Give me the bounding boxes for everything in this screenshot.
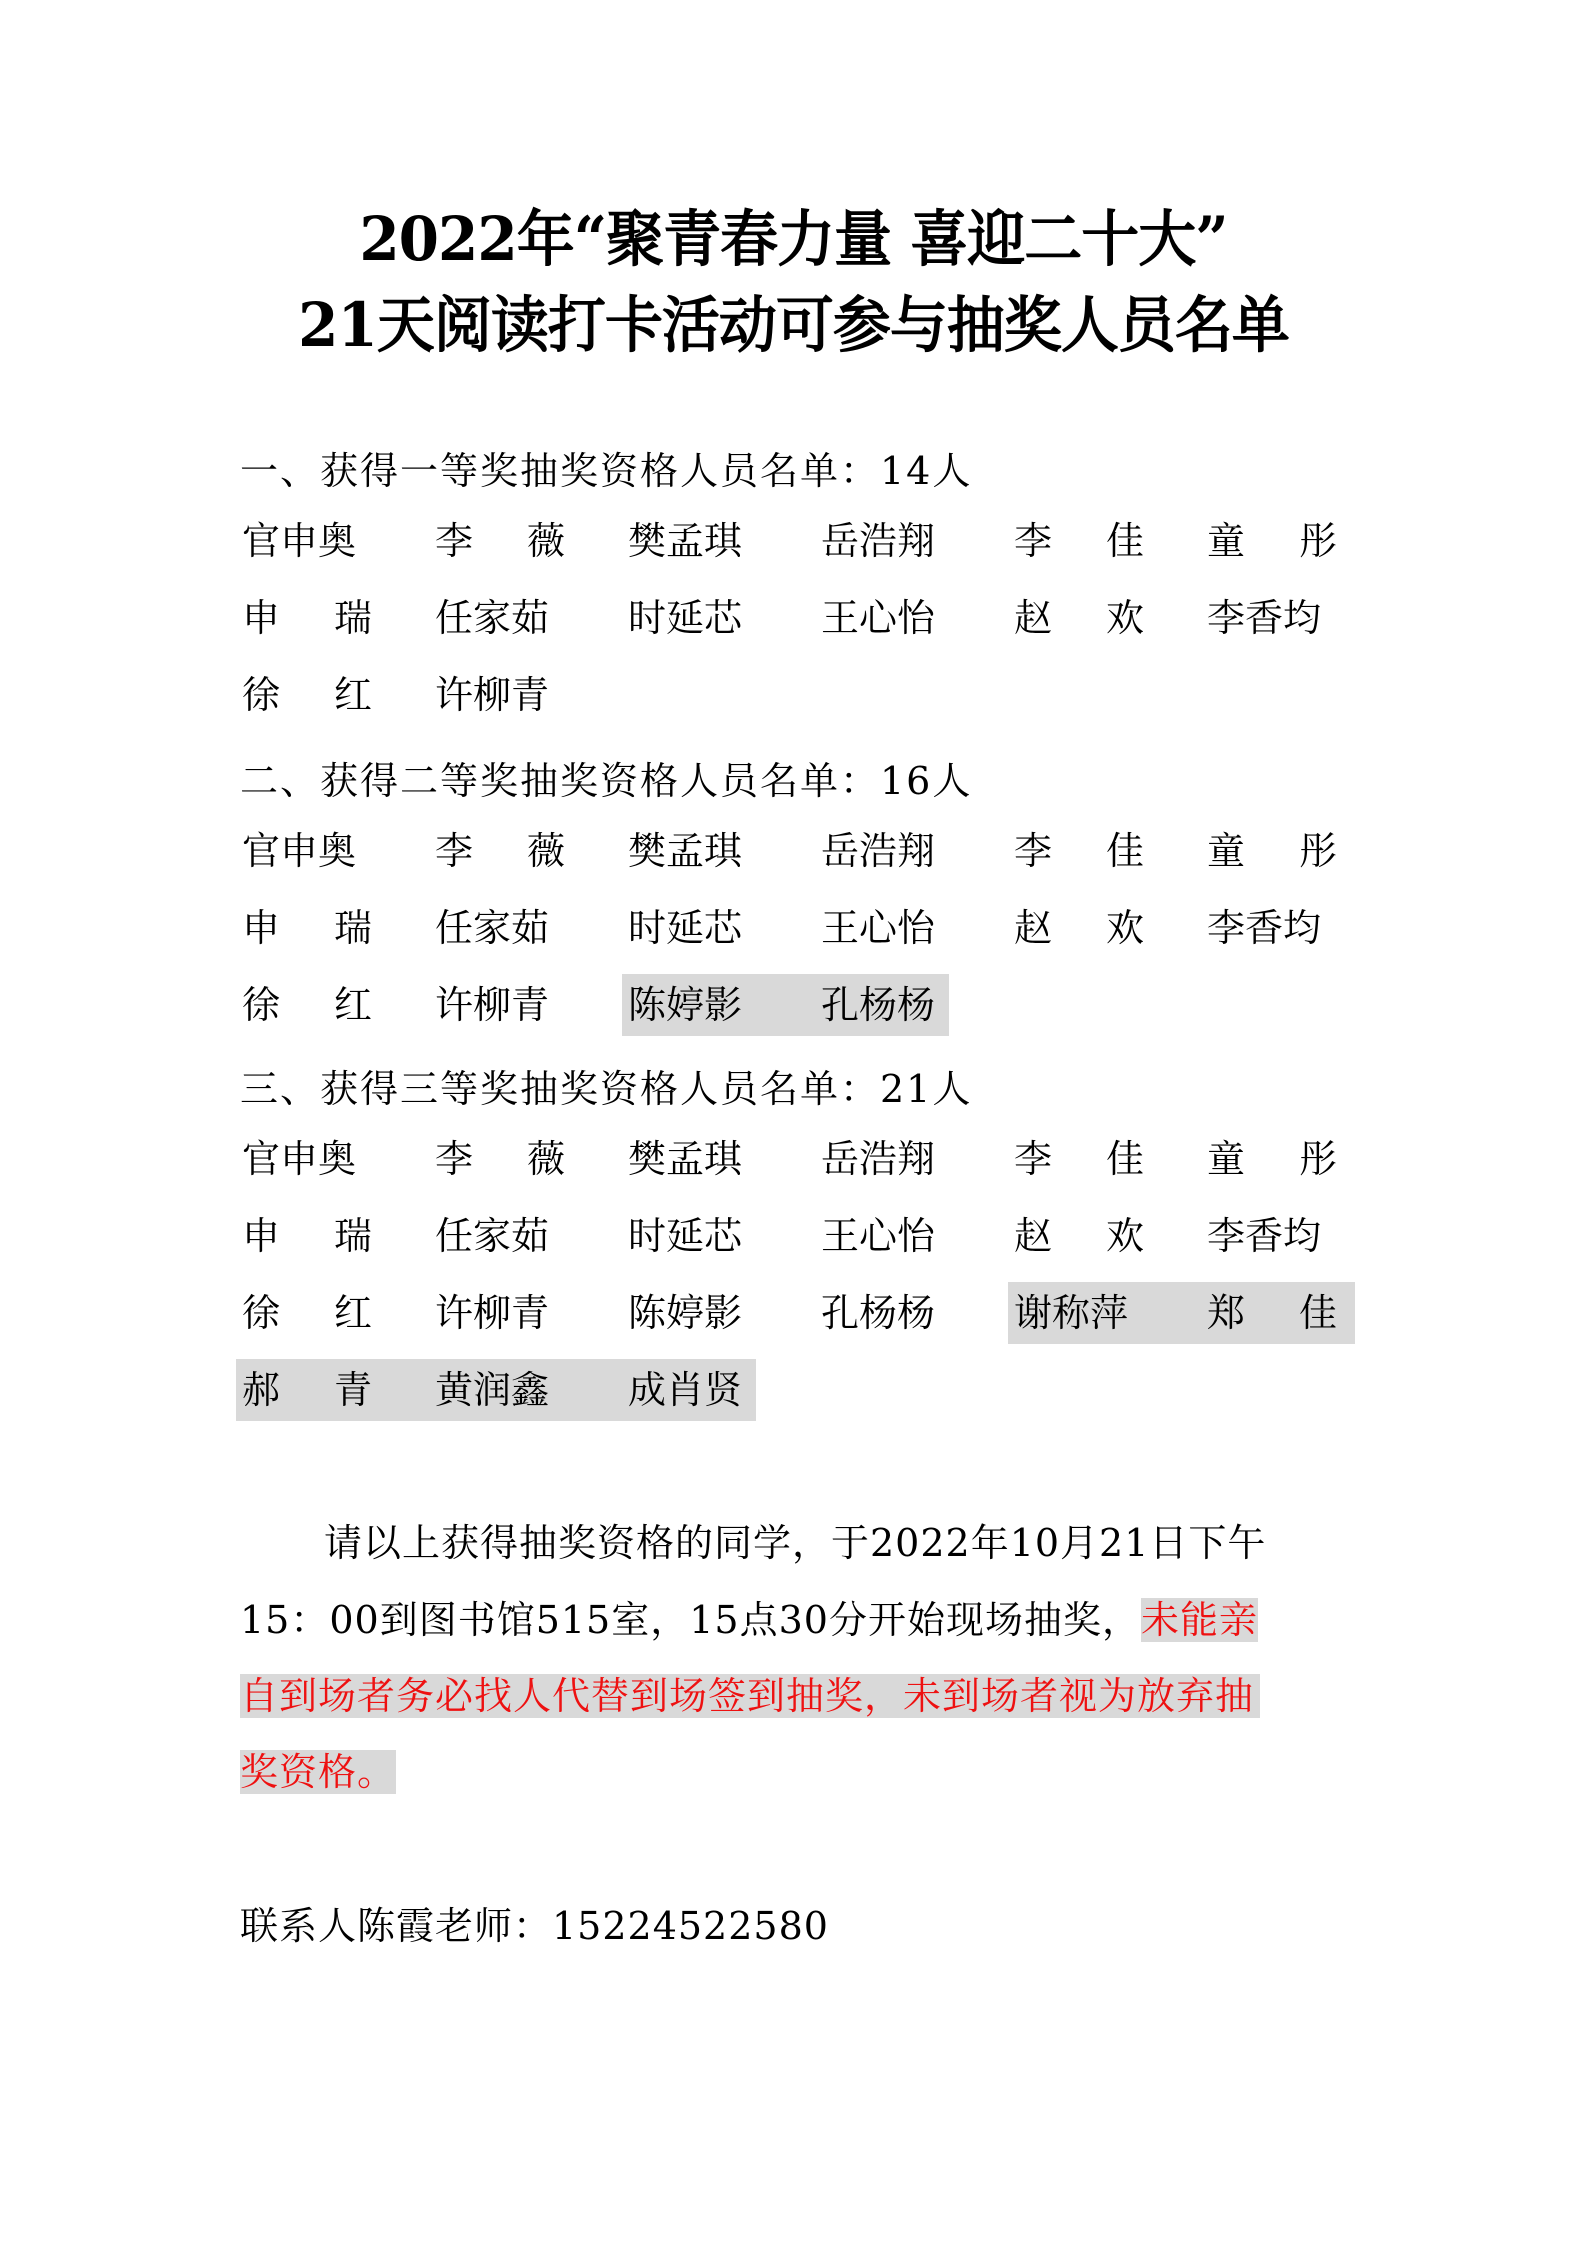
notice-warning-end: 奖资格。 — [240, 1750, 396, 1794]
name-entry: 孔杨杨 — [819, 1282, 951, 1344]
name-row: 徐红许柳青陈婷影孔杨杨谢称萍郑佳 — [240, 1282, 1360, 1344]
contact-info: 联系人陈霞老师：15224522580 — [240, 1895, 829, 1950]
name-entry: 黄润鑫 — [433, 1359, 565, 1421]
name-entry: 时延芯 — [626, 587, 758, 649]
name-row: 徐红许柳青陈婷影孔杨杨 — [240, 974, 1360, 1036]
name-entry: 陈婷影 — [626, 974, 758, 1036]
name-entry: 时延芯 — [626, 1205, 758, 1267]
notice-line-3: 自到场者务必找人代替到场签到抽奖，未到场者视为放弃抽 — [240, 1658, 1350, 1734]
notice-line-2-text: 15：00到图书馆515室，15点30分开始现场抽奖， — [240, 1598, 1141, 1642]
name-row: 官申奥李薇樊孟琪岳浩翔李佳童彤 — [240, 510, 1360, 572]
name-entry: 赵欢 — [1012, 897, 1144, 959]
name-entry: 王心怡 — [819, 1205, 951, 1267]
name-entry: 王心怡 — [819, 587, 951, 649]
name-entry: 官申奥 — [240, 510, 372, 572]
name-entry: 童彤 — [1205, 1128, 1337, 1190]
notice-line-4: 奖资格。 — [240, 1734, 1350, 1810]
name-entry: 岳浩翔 — [819, 510, 951, 572]
document-title-line1: 2022年“聚青春力量 喜迎二十大” — [0, 190, 1587, 278]
section-heading-second-prize: 二、获得二等奖抽奖资格人员名单：16人 — [240, 750, 972, 805]
name-entry: 郑佳 — [1205, 1282, 1337, 1344]
name-row: 申瑞任家茹时延芯王心怡赵欢李香均 — [240, 587, 1360, 649]
notice-warning-start: 未能亲 — [1141, 1598, 1258, 1642]
name-entry: 官申奥 — [240, 820, 372, 882]
name-entry: 徐红 — [240, 974, 372, 1036]
name-entry: 成肖贤 — [626, 1359, 758, 1421]
name-row: 申瑞任家茹时延芯王心怡赵欢李香均 — [240, 1205, 1360, 1267]
name-entry: 任家茹 — [433, 587, 565, 649]
name-entry: 王心怡 — [819, 897, 951, 959]
name-entry: 郝青 — [240, 1359, 372, 1421]
name-entry: 李薇 — [433, 510, 565, 572]
document-title-line2: 21天阅读打卡活动可参与抽奖人员名单 — [0, 276, 1587, 364]
name-entry: 孔杨杨 — [819, 974, 951, 1036]
name-entry: 樊孟琪 — [626, 510, 758, 572]
name-entry: 李佳 — [1012, 1128, 1144, 1190]
name-entry: 官申奥 — [240, 1128, 372, 1190]
notice-line-2: 15：00到图书馆515室，15点30分开始现场抽奖，未能亲 — [240, 1582, 1350, 1658]
name-entry: 许柳青 — [433, 664, 565, 726]
name-entry: 申瑞 — [240, 587, 372, 649]
name-entry: 徐红 — [240, 1282, 372, 1344]
name-entry: 李香均 — [1205, 897, 1337, 959]
name-entry: 赵欢 — [1012, 1205, 1144, 1267]
name-entry: 申瑞 — [240, 1205, 372, 1267]
name-entry: 岳浩翔 — [819, 1128, 951, 1190]
section-heading-third-prize: 三、获得三等奖抽奖资格人员名单：21人 — [240, 1058, 972, 1113]
name-entry: 赵欢 — [1012, 587, 1144, 649]
name-entry: 谢称萍 — [1012, 1282, 1144, 1344]
name-entry: 徐红 — [240, 664, 372, 726]
name-entry: 许柳青 — [433, 974, 565, 1036]
name-entry: 李薇 — [433, 820, 565, 882]
name-entry: 李佳 — [1012, 820, 1144, 882]
name-entry: 时延芯 — [626, 897, 758, 959]
name-entry: 童彤 — [1205, 820, 1337, 882]
name-row: 徐红许柳青 — [240, 664, 1360, 726]
section-heading-first-prize: 一、获得一等奖抽奖资格人员名单：14人 — [240, 440, 972, 495]
notice-warning-middle: 自到场者务必找人代替到场签到抽奖，未到场者视为放弃抽 — [240, 1674, 1260, 1718]
name-row: 官申奥李薇樊孟琪岳浩翔李佳童彤 — [240, 820, 1360, 882]
name-entry: 李佳 — [1012, 510, 1144, 572]
name-entry: 李香均 — [1205, 1205, 1337, 1267]
name-row: 官申奥李薇樊孟琪岳浩翔李佳童彤 — [240, 1128, 1360, 1190]
name-entry: 樊孟琪 — [626, 1128, 758, 1190]
notice-line-1: 请以上获得抽奖资格的同学，于2022年10月21日下午 — [240, 1505, 1350, 1581]
name-row: 郝青黄润鑫成肖贤 — [240, 1359, 1360, 1421]
name-row: 申瑞任家茹时延芯王心怡赵欢李香均 — [240, 897, 1360, 959]
name-entry: 陈婷影 — [626, 1282, 758, 1344]
name-entry: 许柳青 — [433, 1282, 565, 1344]
name-entry: 童彤 — [1205, 510, 1337, 572]
name-entry: 任家茹 — [433, 897, 565, 959]
name-entry: 岳浩翔 — [819, 820, 951, 882]
name-entry: 申瑞 — [240, 897, 372, 959]
name-entry: 李香均 — [1205, 587, 1337, 649]
name-entry: 李薇 — [433, 1128, 565, 1190]
name-entry: 任家茹 — [433, 1205, 565, 1267]
name-entry: 樊孟琪 — [626, 820, 758, 882]
